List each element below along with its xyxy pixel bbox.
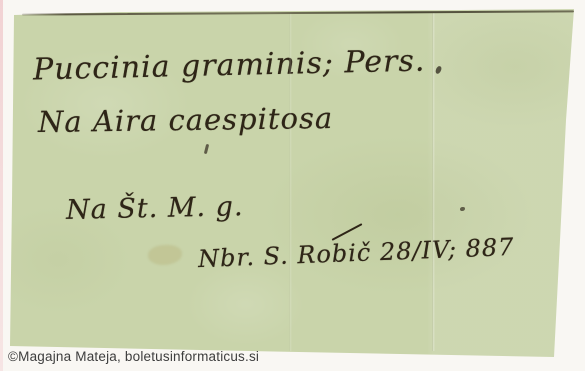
copyright-watermark: ©Magajna Mateja, boletusinformaticus.si [8,349,259,364]
ink-descender-mark [204,144,209,154]
ink-speck [460,207,465,211]
paper-crease-right [432,13,435,351]
herbarium-label-paper: Puccinia graminis; Pers. Na Aira caespit… [0,0,585,371]
scanner-edge-artifact [0,0,3,371]
species-name-text: Puccinia graminis; Pers. [33,44,426,88]
collector-date-text: Nbr. S. Robič 28/IV; 887 [198,233,515,273]
paper-crease-left [289,13,292,351]
locality-text: Na Št. M. g. [66,191,244,226]
paper-stain [148,245,182,265]
ink-speck [435,65,442,74]
